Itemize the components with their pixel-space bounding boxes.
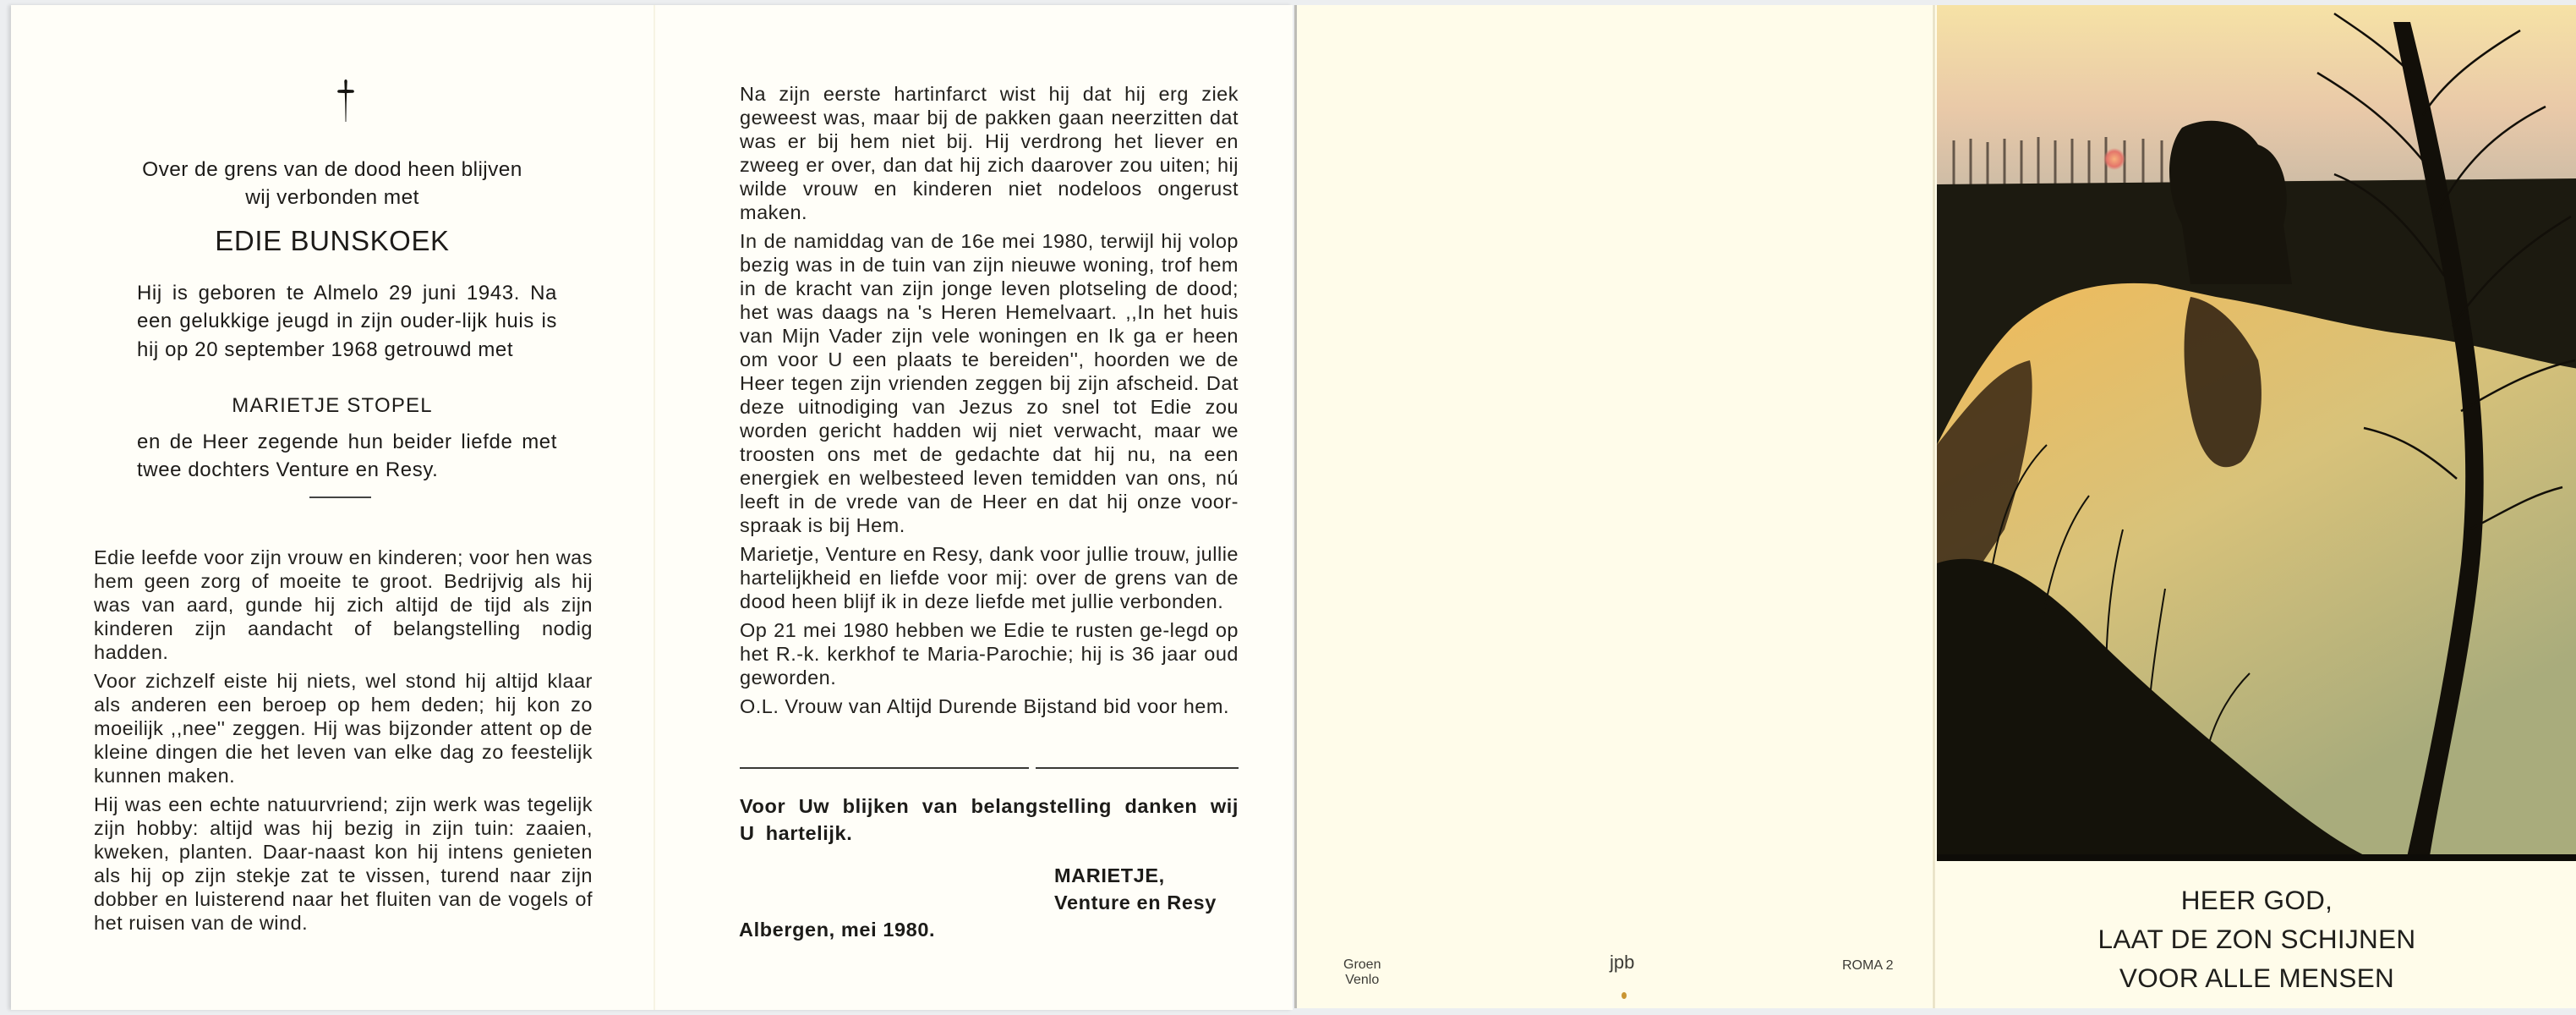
spouse-name: MARIETJE STOPEL [11, 394, 654, 418]
cross-icon [336, 78, 356, 123]
publisher-mark: jpb [1610, 955, 1634, 970]
outer-card: Groen Venlo jpb ROMA 2 [1294, 5, 2576, 1008]
paragraph: Op 21 mei 1980 hebben we Edie te rusten … [740, 618, 1239, 689]
signature-line: MARIETJE, [1054, 862, 1217, 889]
paragraph: Marietje, Venture en Resy, dank voor jul… [740, 542, 1239, 613]
ink-spot [1622, 992, 1627, 999]
deceased-name: EDIE BUNSKOEK [11, 225, 654, 257]
divider [1036, 767, 1239, 769]
signature-line: Venture en Resy [1054, 889, 1217, 916]
printer-name: Groen Venlo [1343, 957, 1381, 988]
double-divider [740, 767, 1239, 769]
thanks-text: Voor Uw blijken van belangstelling danke… [740, 793, 1239, 847]
back-cover-panel: Groen Venlo jpb ROMA 2 [1297, 5, 1933, 1008]
printer-line: Groen [1343, 957, 1381, 973]
paragraph: Hij was een echte natuurvriend; zijn wer… [94, 793, 593, 935]
divider [740, 767, 1029, 769]
sunset-river-photo [1937, 5, 2576, 861]
paragraph: Voor zichzelf eiste hij niets, wel stond… [94, 669, 593, 787]
verse-line: VOOR ALLE MENSEN [1935, 958, 2576, 997]
bio-children: en de Heer zegende hun beider liefde met… [137, 428, 557, 485]
bio-birth-marriage: Hij is geboren te Almelo 29 juni 1943. N… [137, 279, 557, 364]
verse-line: HEER GOD, [1935, 881, 2576, 919]
cover-verse: HEER GOD, LAAT DE ZON SCHIJNEN VOOR ALLE… [1935, 881, 2576, 997]
paragraph: In de namiddag van de 16e mei 1980, terw… [740, 229, 1239, 537]
printer-line: Venlo [1343, 973, 1381, 988]
intro-text: Over de grens van de dood heen blijven w… [11, 156, 654, 211]
paragraph: Edie leefde voor zijn vrouw en kinderen;… [94, 546, 593, 664]
verse-line: LAAT DE ZON SCHIJNEN [1935, 919, 2576, 958]
front-cover-panel: HEER GOD, LAAT DE ZON SCHIJNEN VOOR ALLE… [1935, 5, 2576, 1008]
intro-line: wij verbonden met [11, 184, 654, 211]
family-signature: MARIETJE, Venture en Resy [1054, 862, 1217, 916]
inner-left-panel: Over de grens van de dood heen blijven w… [11, 5, 654, 1010]
memorial-text-left: Edie leefde voor zijn vrouw en kinderen;… [94, 546, 593, 940]
place-date: Albergen, mei 1980. [739, 919, 935, 941]
paragraph: Na zijn eerste hartinfarct wist hij dat … [740, 82, 1239, 224]
paragraph: O.L. Vrouw van Altijd Durende Bijstand b… [740, 694, 1239, 718]
intro-line: Over de grens van de dood heen blijven [11, 156, 654, 184]
inner-card: Over de grens van de dood heen blijven w… [11, 5, 1293, 1010]
divider [309, 497, 371, 498]
memorial-text-right: Na zijn eerste hartinfarct wist hij dat … [740, 82, 1239, 723]
series-code: ROMA 2 [1842, 958, 1893, 974]
inner-right-panel: Na zijn eerste hartinfarct wist hij dat … [655, 5, 1293, 1010]
